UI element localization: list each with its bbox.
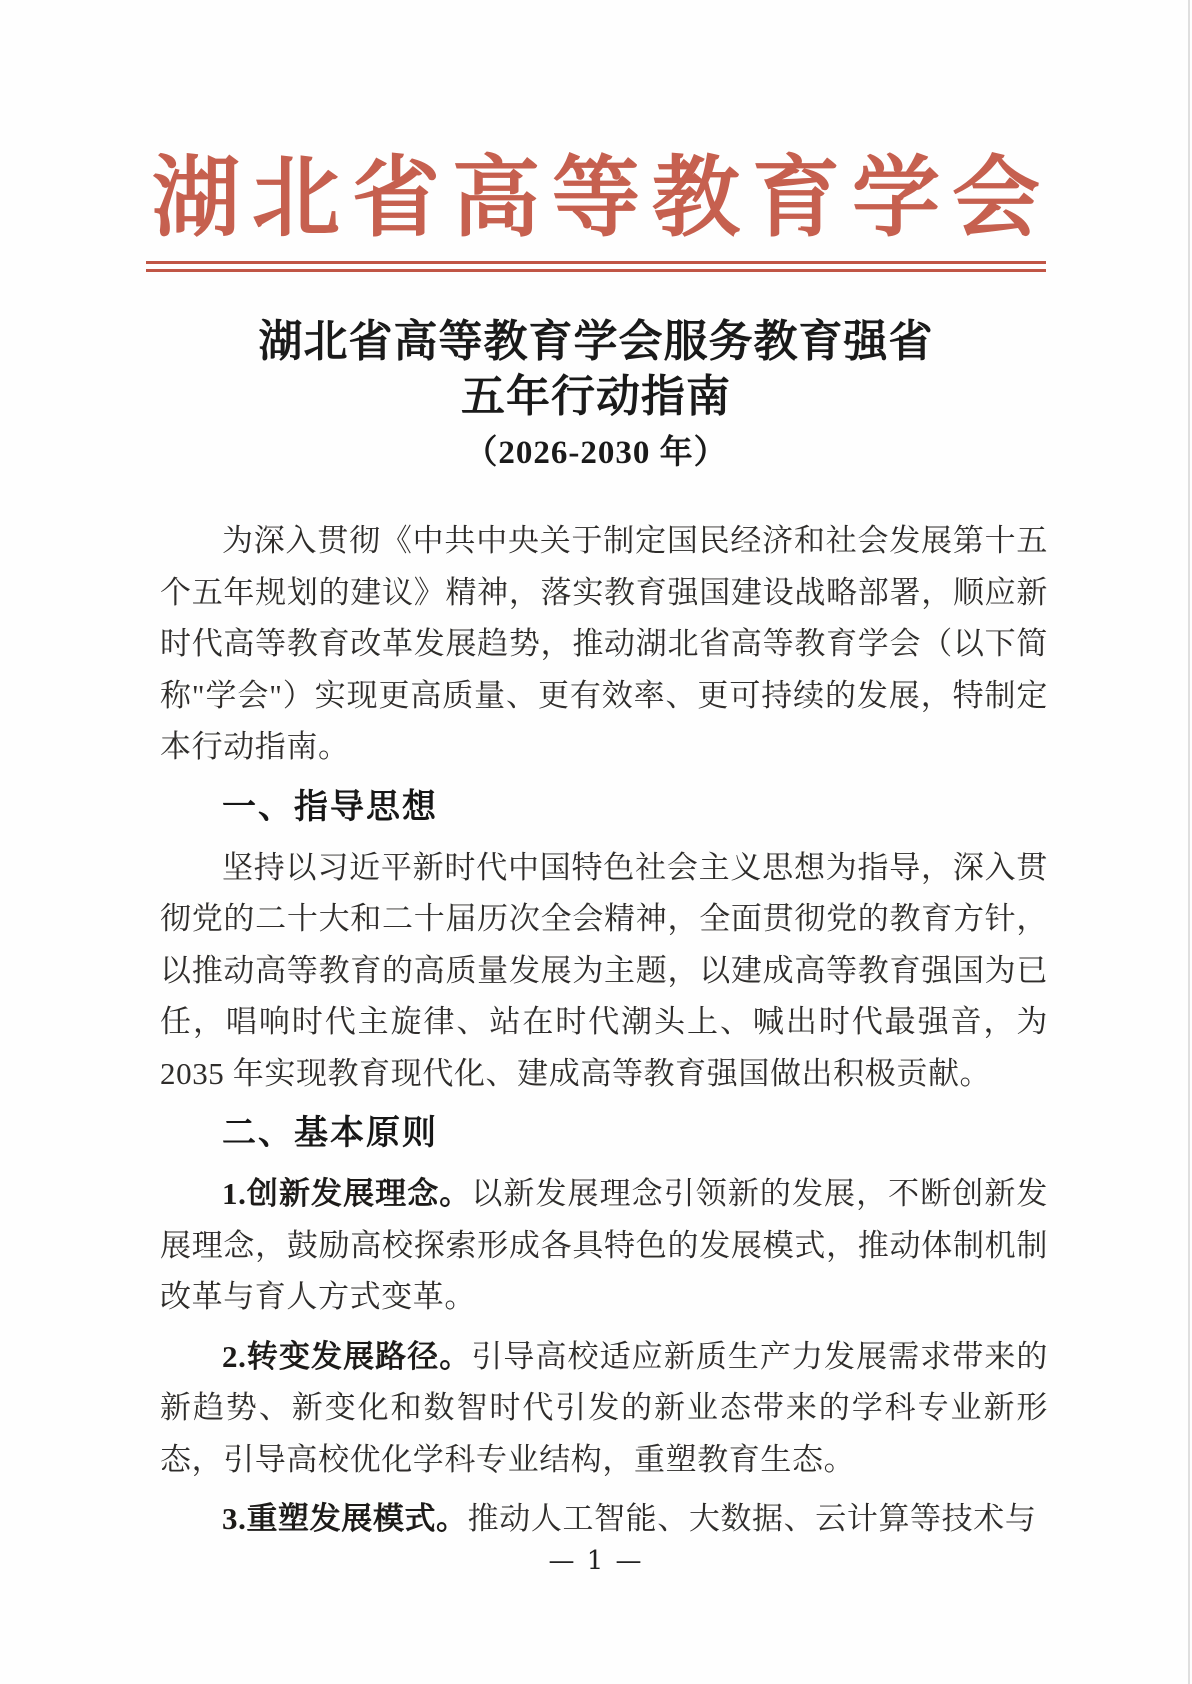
letterhead: 湖北省高等教育学会 (0, 0, 1192, 272)
letterhead-divider (146, 261, 1046, 272)
paragraph-principle-2: 2.转变发展路径。引导高校适应新质生产力发展需求带来的新趋势、新变化和数智时代引… (160, 1331, 1048, 1486)
paragraph-principle-1: 1.创新发展理念。以新发展理念引领新的发展，不断创新发展理念，鼓励高校探索形成各… (160, 1168, 1048, 1323)
paragraph-intro: 为深入贯彻《中共中央关于制定国民经济和社会发展第十五个五年规划的建议》精神，落实… (160, 515, 1048, 773)
paragraph-principle-3: 3.重塑发展模式。推动人工智能、大数据、云计算等技术与 (160, 1493, 1048, 1545)
scan-edge-artifact (1188, 0, 1190, 1684)
principle-3-lead: 3.重塑发展模式。 (222, 1501, 468, 1536)
paragraph-guiding-ideology: 坚持以习近平新时代中国特色社会主义思想为指导，深入贯彻党的二十大和二十届历次全会… (160, 842, 1048, 1100)
heading-basic-principles: 二、基本原则 (160, 1108, 1048, 1159)
body-text-block: 为深入贯彻《中共中央关于制定国民经济和社会发展第十五个五年规划的建议》精神，落实… (160, 515, 1048, 1545)
heading-guiding-ideology: 一、指导思想 (160, 782, 1048, 833)
letterhead-title: 湖北省高等教育学会 (0, 0, 1192, 244)
document-title: 湖北省高等教育学会服务教育强省 五年行动指南 (0, 314, 1192, 424)
document-body: 湖北省高等教育学会服务教育强省 五年行动指南 （2026-2030 年） 为深入… (0, 314, 1192, 1545)
principle-1-lead: 1.创新发展理念。 (222, 1176, 471, 1211)
document-title-line2: 五年行动指南 (461, 372, 731, 421)
document-date-range: （2026-2030 年） (0, 433, 1192, 473)
principle-3-text: 推动人工智能、大数据、云计算等技术与 (468, 1501, 1037, 1536)
divider-line-bottom (146, 269, 1046, 272)
divider-line-top (146, 261, 1046, 264)
principle-2-lead: 2.转变发展路径。 (222, 1339, 471, 1374)
page-number: — 1 — (0, 1546, 1192, 1576)
document-title-line1: 湖北省高等教育学会服务教育强省 (259, 317, 934, 366)
scanned-document-page: 湖北省高等教育学会 湖北省高等教育学会服务教育强省 五年行动指南 （2026-2… (0, 0, 1192, 1684)
